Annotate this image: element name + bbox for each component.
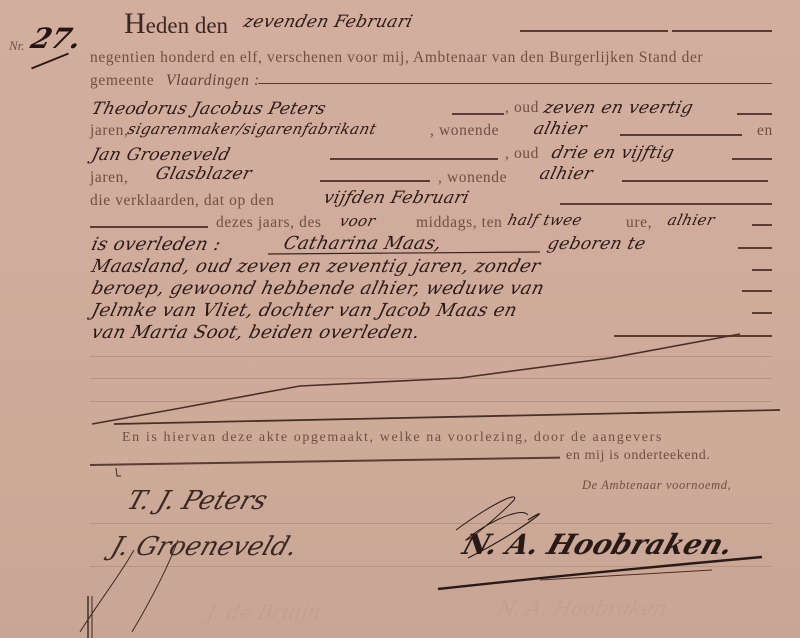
hand-deceased-name: Catharina Maas, xyxy=(281,233,444,254)
signature-official: N. A. Hoobraken. xyxy=(459,528,738,561)
print-jaren: jaren, xyxy=(90,122,128,140)
hand-declarant1-name: Theodorus Jacobus Peters xyxy=(90,99,329,119)
print-jaren-2: jaren, xyxy=(90,169,128,187)
print-middags: middags, ten xyxy=(416,214,502,232)
fill-rule xyxy=(452,113,504,115)
empty-line xyxy=(90,378,772,379)
hand-line-12: beroep, gewoond hebbende alhier, weduwe … xyxy=(89,278,546,299)
fill-rule xyxy=(752,312,772,314)
print-gemeente: gemeente xyxy=(90,72,154,90)
signature-line xyxy=(90,566,772,567)
hand-death-date: vijfden Februari xyxy=(322,188,472,208)
hand-day: zevenden Februari xyxy=(242,12,415,32)
fill-rule xyxy=(752,269,772,271)
signature-witness-2: J. Groeneveld. xyxy=(107,532,301,562)
fill-rule xyxy=(560,203,772,205)
record-number: 27. xyxy=(27,22,85,55)
fill-rule xyxy=(737,113,772,115)
hand-line-13: Jelmke van Vliet, dochter van Jacob Maas… xyxy=(89,300,519,321)
fill-rule xyxy=(752,224,772,226)
hand-line-14: van Maria Soot, beiden overleden. xyxy=(89,322,422,343)
hand-declarant1-occupation: sigarenmaker/sigarenfabrikant xyxy=(126,120,379,138)
print-closing-2: en mij is onderteekend. xyxy=(566,448,710,464)
fill-rule xyxy=(90,457,560,466)
register-page: Nr. 27. Heden den zevenden Februari nege… xyxy=(0,0,800,638)
empty-line xyxy=(90,356,772,357)
hand-time-of-day: voor xyxy=(338,212,378,230)
print-verklaarden: die verklaarden, dat op den xyxy=(90,192,274,210)
print-ure: ure, xyxy=(626,214,652,232)
fill-rule xyxy=(742,290,772,292)
fill-rule xyxy=(622,180,768,182)
hand-declarant2-residence: alhier xyxy=(538,164,596,184)
print-en: en xyxy=(757,122,773,140)
heading-heden-den: Heden den xyxy=(124,7,228,41)
fill-rule xyxy=(90,226,208,228)
bleed-through-2: N. A. Hoobraken xyxy=(495,596,670,620)
fill-rule xyxy=(330,158,498,160)
print-line-2: negentien honderd en elf, verschenen voo… xyxy=(90,49,703,67)
hand-declarant2-occupation: Glasblazer xyxy=(154,164,254,184)
hand-declarant2-name: Jan Groeneveld xyxy=(90,145,233,165)
bleed-through-1: J. de Bruijn xyxy=(205,600,324,624)
hand-hour: half twee xyxy=(506,211,584,229)
print-dezes-jaars: dezes jaars, des xyxy=(216,214,322,232)
print-municipality: Vlaardingen : xyxy=(166,72,260,90)
print-oud: , oud xyxy=(505,99,539,117)
official-label: De Ambtenaar voornoemd, xyxy=(582,478,731,493)
hand-declarant2-age: drie en vijftig xyxy=(550,143,677,163)
hand-declarant1-age: zeven en veertig xyxy=(542,98,696,118)
fill-rule xyxy=(614,335,772,337)
fill-rule xyxy=(732,158,772,160)
hand-is-overleden: is overleden : xyxy=(89,234,223,255)
print-closing-1: En is hiervan deze akte opgemaakt, welke… xyxy=(122,430,663,446)
fill-rule xyxy=(672,30,772,32)
print-wonende-2: , wonende xyxy=(438,169,507,187)
fill-rule xyxy=(258,83,772,84)
hand-line-11: Maasland, oud zeven en zeventig jaren, z… xyxy=(89,256,542,277)
fill-rule xyxy=(620,134,742,136)
signature-line xyxy=(90,523,772,524)
fill-rule xyxy=(520,30,668,32)
hand-place: alhier xyxy=(666,211,717,229)
hand-declarant1-residence: alhier xyxy=(532,119,590,139)
empty-line xyxy=(90,401,772,402)
fill-rule xyxy=(738,247,772,249)
print-oud-2: , oud xyxy=(505,145,539,163)
fill-rule xyxy=(320,180,430,182)
number-stroke xyxy=(31,53,69,70)
print-wonende: , wonende xyxy=(430,122,499,140)
hand-geboren-te: geboren te xyxy=(546,234,648,254)
signature-witness-1: T. J. Peters xyxy=(123,486,271,516)
number-label: Nr. xyxy=(9,38,25,54)
